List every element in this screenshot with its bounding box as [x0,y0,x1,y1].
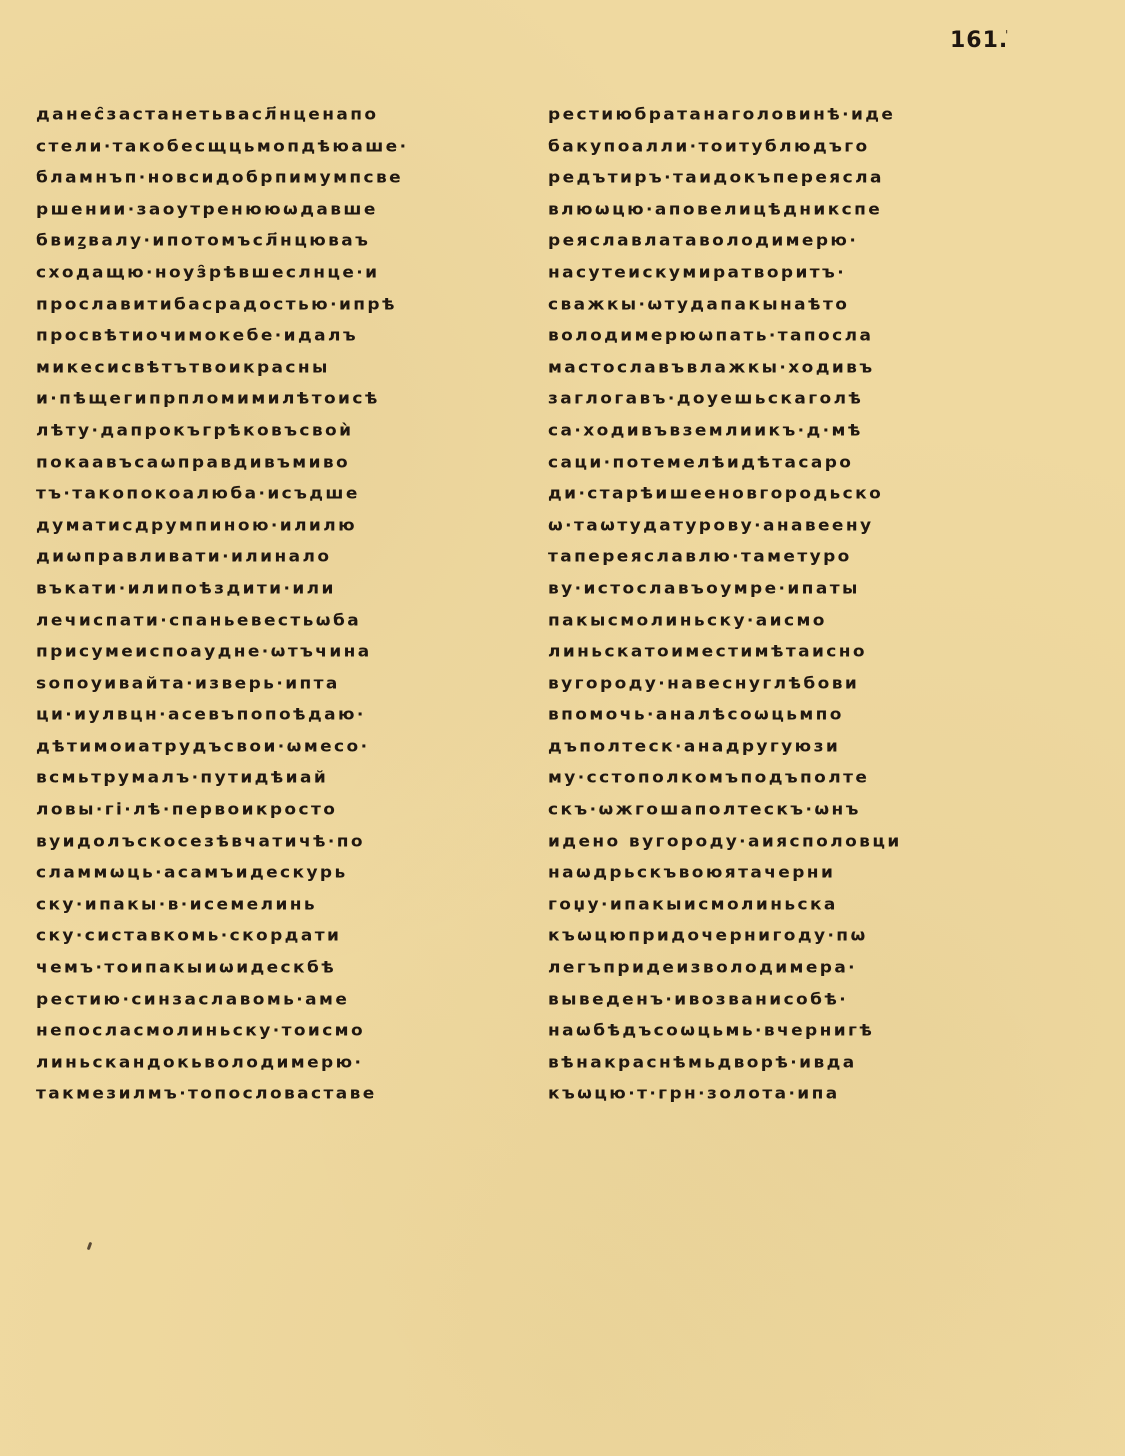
text-line: дъполтеск·анадругуюзи [548,733,1028,762]
right-text-column: рестиюбратанаголовинѣ·иде бакупоалли·тои… [548,100,1028,1111]
ink-speck [87,1242,93,1251]
text-line: наѡбѣдъсоѡцьмь·вчернигѣ [548,1017,1028,1046]
text-line: непосласмолиньску·тоисмо [36,1017,516,1046]
text-line: ѕопоуивайта·изверь·ипта [36,670,516,699]
text-line: насутеискумиратворитъ· [548,259,1028,288]
text-line: мастославъвлажкы·ходивъ [548,354,1028,383]
text-line: му·сстополкомъподъполте [548,765,1028,794]
text-line: къѡцюпридочернигоду·пѡ [548,923,1028,952]
text-line: ву·истославъоумре·ипаты [548,575,1028,604]
text-line: тапереяславлю·таметуро [548,544,1028,573]
text-line: редътиръ·таидокъпереясла [548,164,1028,193]
text-line: линьскандокьволодимерю· [36,1049,516,1078]
left-text-column: данес̑застанетьвасл҃нценапо стели·такобе… [36,100,516,1111]
text-line: пакысмолиньску·аисмо [548,607,1028,636]
text-line: рестию·синзаславомь·аме [36,986,516,1015]
text-line: рестиюбратанаголовинѣ·иде [548,101,1028,130]
text-line: ди·старѣишееновгородьско [548,480,1028,509]
text-line: ци·иулвцн·асевъпопоѣдаю· [36,702,516,731]
text-line: бакупоалли·тоитублюдъго [548,133,1028,162]
text-line: са·ходивъвземлиикъ·Д·мѣ [548,417,1028,446]
text-line: легъпридеизволодимера· [548,954,1028,983]
text-line: лѣту·дапрокъгрѣковъсвоѝ [36,417,516,446]
text-line: чемъ·тоипакыиѡидескбѣ [36,954,516,983]
text-line: реяславлатаволодимерю· [548,228,1028,257]
text-line: стели·такобесщцьмопдѣюаше· [36,133,516,162]
text-line: саци·потемелѣидѣтасаро [548,449,1028,478]
text-line: сважкы·ѡтудапакынаѣто [548,291,1028,320]
text-line: думатисдрумпиною·илилю [36,512,516,541]
text-line: линьскатоиместимѣтаисно [548,638,1028,667]
page-mark: ' [1005,28,1008,42]
text-line: всмьтрумалъ·путидѣиай [36,765,516,794]
text-line: дѣтимоиатрудъсвои·ѡмесо· [36,733,516,762]
text-line: ску·ипакы·В·исемелинь [36,891,516,920]
text-line: тъ·такопокоалюба·исъдше [36,480,516,509]
text-line: такмезилмъ·топословаставе [36,1081,516,1110]
text-line: наѡдрьскъвоюятачерни [548,860,1028,889]
text-line: скъ·ѡжгошаполтескъ·ѡнъ [548,796,1028,825]
text-line: лечиспати·спаньевестьѡба [36,607,516,636]
text-line: и·пѣщегипрпломимилѣтоисѣ [36,386,516,415]
text-line: въкати·илипоѣздити·или [36,575,516,604]
text-line: присумеиспоаудне·ѡтъчина [36,638,516,667]
text-line: ѡ·таѡтудатурову·анавеену [548,512,1028,541]
page-number: 161. [950,28,1008,53]
text-line: бвиꙁвалу·ипотомъсл҃нцюваъ [36,228,516,257]
text-line: прославитибасрадостью·ипрѣ [36,291,516,320]
text-line: идено вугороду·аиясполовци [548,828,1028,857]
text-line: къѡцю·Т·грн·золота·ипа [548,1081,1028,1110]
text-line: бламнъп·новсидобрпимумпсве [36,164,516,193]
text-line: сламмѡць·асамъидескурь [36,860,516,889]
text-line: гоџу·ипакыисмолиньска [548,891,1028,920]
text-line: ршении·заоутренююѡдавше [36,196,516,225]
text-line: просвѣтиочимокебе·идалъ [36,322,516,351]
text-line: сходащю·ноуз̑рѣвшеслнце·и [36,259,516,288]
text-line: ловы·ГІ·лѣ·первоикросто [36,796,516,825]
text-line: выведенъ·ивозванисобѣ· [548,986,1028,1015]
manuscript-page: 161. ' данес̑застанетьвасл҃нценапо стели… [0,0,1125,1456]
text-line: володимерюѡпать·тапосла [548,322,1028,351]
text-line: микесисвѣтътвоикрасны [36,354,516,383]
text-line: вѣнакраснѣмьдворѣ·ивда [548,1049,1028,1078]
text-line: заглогавъ·доуешьскаголѣ [548,386,1028,415]
text-line: данес̑застанетьвасл҃нценапо [36,101,516,130]
text-line: вугороду·навеснуглѣбови [548,670,1028,699]
text-line: впомочь·аналѣсоѡцьмпо [548,702,1028,731]
text-line: покаавъсаѡправдивъмиво [36,449,516,478]
text-line: вуидолъскосезѣвчатичѣ·по [36,828,516,857]
text-line: диѡправливати·илинало [36,544,516,573]
text-line: влюѡцю·аповелицѣдникспе [548,196,1028,225]
text-line: ску·систавкомь·скордати [36,923,516,952]
